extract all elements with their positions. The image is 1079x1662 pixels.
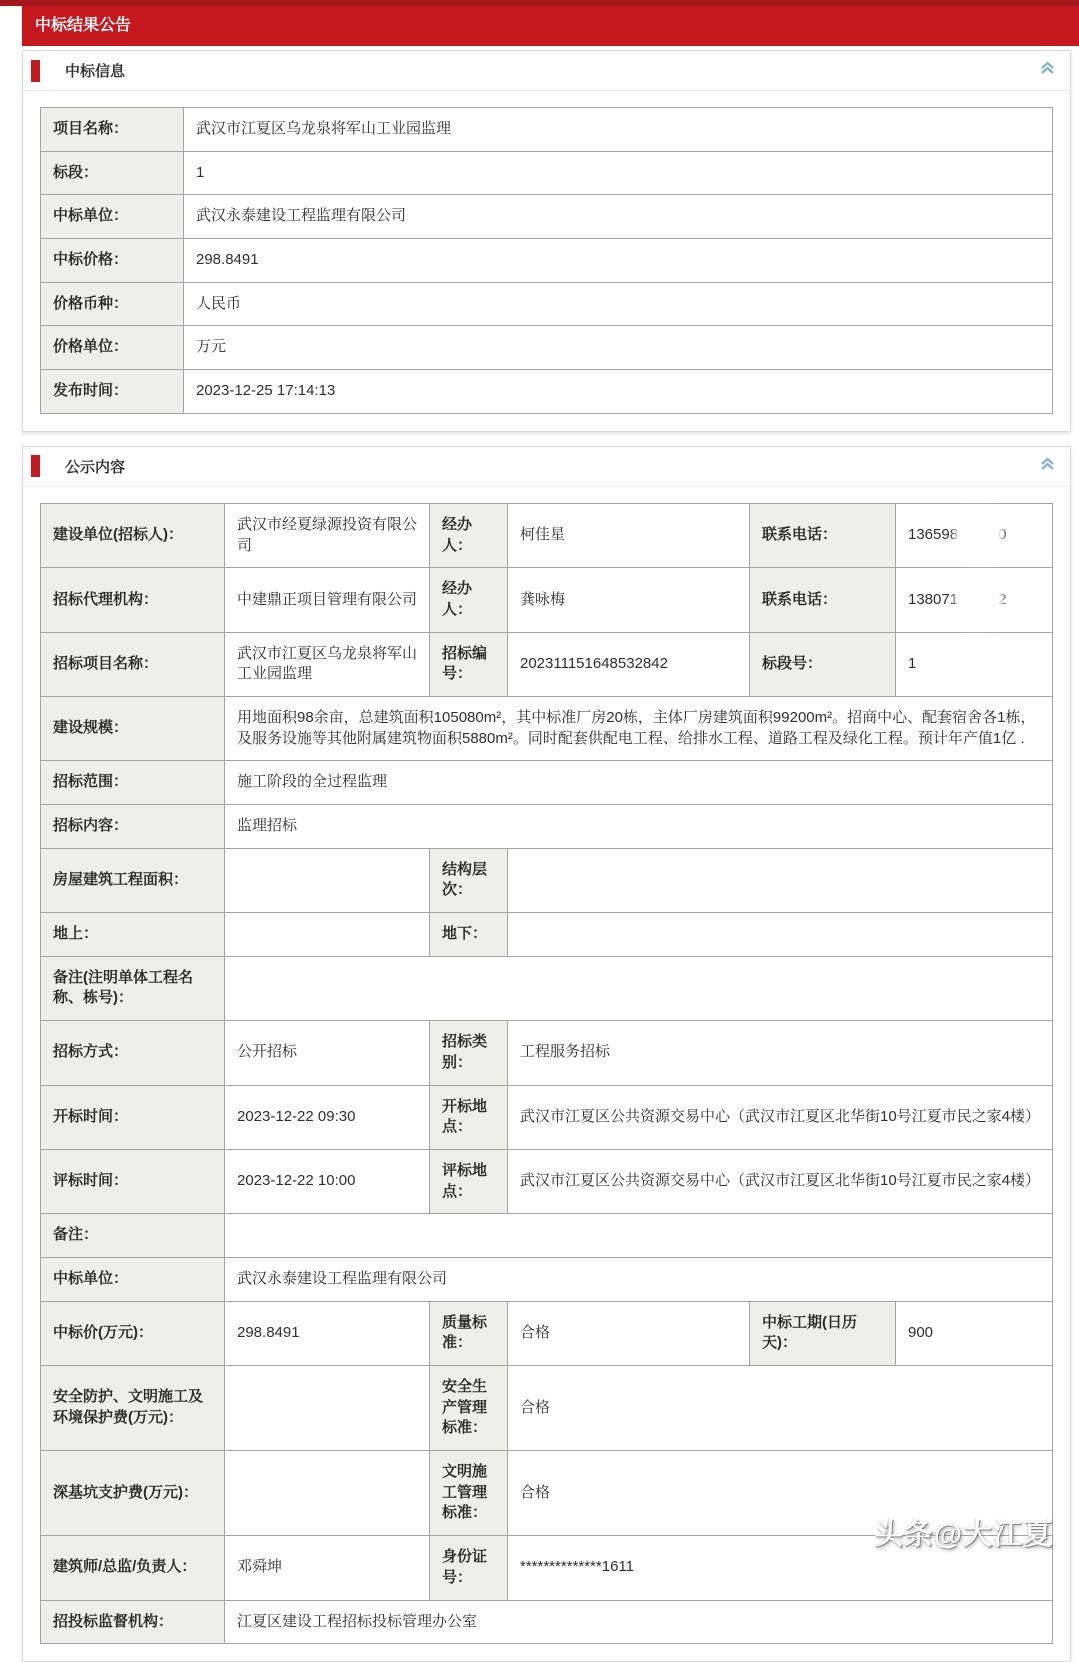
notice-content-table: 建设单位(招标人)： 武汉市经夏绿源投资有限公司 经办人： 柯佳星 联系电话： … [40,503,1053,1644]
row-value: 人民币 [184,282,1053,326]
row-value: 2023-12-22 09:30 [225,1085,430,1149]
collapse-button[interactable] [1039,60,1056,81]
row-label: 房屋建筑工程面积： [41,848,225,912]
row-value [225,956,1053,1020]
table-row: 评标时间： 2023-12-22 10:00 评标地点： 武汉市江夏区公共资源交… [41,1149,1053,1213]
row-value: 中建鼎正项目管理有限公司 [225,568,430,632]
watermark: 头条@大江夏 [874,1512,1053,1553]
section-winning-info-header: 中标信息 [23,51,1070,91]
row-label: 中标工期(日历天)： [750,1301,896,1365]
table-row: 招标方式： 公开招标 招标类别： 工程服务招标 [41,1021,1053,1085]
row-label: 中标单位： [41,195,184,239]
table-row: 安全防护、文明施工及环境保护费(万元)： 安全生产管理标准： 合格 [41,1366,1053,1451]
row-label: 招投标监督机构： [41,1600,225,1644]
row-label: 招标代理机构： [41,568,225,632]
row-value: 298.8491 [184,239,1053,283]
row-label: 招标方式： [41,1021,225,1085]
row-value-phone: 1380712 [896,568,1053,632]
row-label: 标段号： [750,632,896,696]
collapse-button[interactable] [1039,456,1056,477]
row-label: 地下： [430,913,508,957]
row-label: 开标时间： [41,1085,225,1149]
row-value [225,1214,1053,1258]
section-winning-info-body: 项目名称： 武汉市江夏区乌龙泉将军山工业园监理 标段： 1 中标单位： 武汉永泰… [23,91,1070,431]
row-value: 武汉市江夏区乌龙泉将军山工业园监理 [184,108,1053,152]
table-row: 价格单位： 万元 [41,326,1053,370]
table-row: 房屋建筑工程面积： 结构层次： [41,848,1053,912]
row-label: 建设规模： [41,696,225,760]
table-row: 发布时间： 2023-12-25 17:14:13 [41,370,1053,414]
row-label: 安全生产管理标准： [430,1366,508,1451]
row-value: 万元 [184,326,1053,370]
redaction-blur [961,514,997,556]
row-label: 标段： [41,151,184,195]
row-value: 武汉市江夏区公共资源交易中心（武汉市江夏区北华街10号江夏市民之家4楼） [508,1149,1053,1213]
row-label: 价格币种： [41,282,184,326]
chevron-double-up-icon [1039,60,1056,81]
table-row: 开标时间： 2023-12-22 09:30 开标地点： 武汉市江夏区公共资源交… [41,1085,1053,1149]
section-notice-content: 公示内容 建设单位(招标人)： 武汉市经夏绿源投资有限公司 经办人： 柯佳 [22,446,1071,1662]
row-value: 工程服务招标 [508,1021,1053,1085]
row-label: 经办人： [430,503,508,567]
section-title: 公示内容 [65,456,125,477]
row-label: 中标价格： [41,239,184,283]
row-label: 价格单位： [41,326,184,370]
row-value: 公开招标 [225,1021,430,1085]
row-value [225,848,430,912]
table-row: 地上： 地下： [41,913,1053,957]
row-label: 招标类别： [430,1021,508,1085]
row-value: 武汉永泰建设工程监理有限公司 [225,1257,1053,1301]
row-value [508,848,1053,912]
row-value: 202311151648532842 [508,632,750,696]
row-value: 武汉市江夏区公共资源交易中心（武汉市江夏区北华街10号江夏市民之家4楼） [508,1085,1053,1149]
section-winning-info: 中标信息 项目名称： 武汉市江夏区乌龙泉将军山工业园监理 标段： 1 [22,50,1071,432]
row-label: 地上： [41,913,225,957]
page-title-bar: 中标结果公告 [22,6,1079,46]
chevron-double-up-icon [1039,456,1056,477]
section-notice-content-header: 公示内容 [23,447,1070,487]
row-label: 经办人： [430,568,508,632]
row-label: 评标地点： [430,1149,508,1213]
phone-suffix: 0 [998,526,1006,543]
table-row: 招标项目名称： 武汉市江夏区乌龙泉将军山工业园监理 招标编号： 20231115… [41,632,1053,696]
row-value: 龚咏梅 [508,568,750,632]
row-value: 合格 [508,1301,750,1365]
row-value: 合格 [508,1366,1053,1451]
row-label: 评标时间： [41,1149,225,1213]
row-label: 安全防护、文明施工及环境保护费(万元)： [41,1366,225,1451]
row-value: 1 [184,151,1053,195]
row-label: 备注： [41,1214,225,1258]
phone-prefix: 138071 [908,591,958,608]
row-value [508,913,1053,957]
page-title: 中标结果公告 [35,17,131,34]
red-bar-marker [31,60,40,82]
table-row: 招标范围： 施工阶段的全过程监理 [41,761,1053,805]
table-row: 中标价格： 298.8491 [41,239,1053,283]
row-label: 联系电话： [750,503,896,567]
row-label: 联系电话： [750,568,896,632]
row-label: 备注(注明单体工程名称、栋号)： [41,956,225,1020]
row-value: 邓舜坤 [225,1536,430,1600]
row-label: 建设单位(招标人)： [41,503,225,567]
row-label: 招标内容： [41,805,225,849]
table-row: 中标价(万元)： 298.8491 质量标准： 合格 中标工期(日历天)： 90… [41,1301,1053,1365]
row-label: 结构层次： [430,848,508,912]
row-label: 开标地点： [430,1085,508,1149]
row-value: 武汉永泰建设工程监理有限公司 [184,195,1053,239]
table-row: 价格币种： 人民币 [41,282,1053,326]
phone-prefix: 136598 [908,526,958,543]
row-label: 深基坑支护费(万元)： [41,1451,225,1536]
row-label: 中标单位： [41,1257,225,1301]
table-row: 项目名称： 武汉市江夏区乌龙泉将军山工业园监理 [41,108,1053,152]
row-label: 质量标准： [430,1301,508,1365]
row-value: 武汉市江夏区乌龙泉将军山工业园监理 [225,632,430,696]
row-label: 招标范围： [41,761,225,805]
table-row: 招投标监督机构： 江夏区建设工程招标投标管理办公室 [41,1600,1053,1644]
row-value [225,1366,430,1451]
winning-info-table: 项目名称： 武汉市江夏区乌龙泉将军山工业园监理 标段： 1 中标单位： 武汉永泰… [40,107,1053,414]
row-label: 建筑师/总监/负责人： [41,1536,225,1600]
row-label: 项目名称： [41,108,184,152]
table-row: 招标代理机构： 中建鼎正项目管理有限公司 经办人： 龚咏梅 联系电话： 1380… [41,568,1053,632]
row-value: 1 [896,632,1053,696]
row-value-phone: 1365980 [896,503,1053,567]
row-value: 江夏区建设工程招标投标管理办公室 [225,1600,1053,1644]
row-label: 招标项目名称： [41,632,225,696]
redaction-blur [961,579,997,621]
red-bar-marker [31,455,40,477]
table-row: 中标单位： 武汉永泰建设工程监理有限公司 [41,195,1053,239]
phone-suffix: 2 [998,591,1006,608]
row-label: 中标价(万元)： [41,1301,225,1365]
row-value: 监理招标 [225,805,1053,849]
row-value: 用地面积98余亩，总建筑面积105080m²，其中标准厂房20栋，主体厂房建筑面… [225,696,1053,760]
table-row: 建设单位(招标人)： 武汉市经夏绿源投资有限公司 经办人： 柯佳星 联系电话： … [41,503,1053,567]
row-label: 文明施工管理标准： [430,1451,508,1536]
table-row: 备注： [41,1214,1053,1258]
table-row: 建设规模： 用地面积98余亩，总建筑面积105080m²，其中标准厂房20栋，主… [41,696,1053,760]
table-row: 标段： 1 [41,151,1053,195]
row-value: 900 [896,1301,1053,1365]
row-value [225,1451,430,1536]
row-value: 298.8491 [225,1301,430,1365]
row-label: 身份证号： [430,1536,508,1600]
table-row: 备注(注明单体工程名称、栋号)： [41,956,1053,1020]
row-value [225,913,430,957]
section-notice-content-body: 建设单位(招标人)： 武汉市经夏绿源投资有限公司 经办人： 柯佳星 联系电话： … [23,487,1070,1661]
row-value: 柯佳星 [508,503,750,567]
row-value: 2023-12-22 10:00 [225,1149,430,1213]
row-value: 武汉市经夏绿源投资有限公司 [225,503,430,567]
section-title: 中标信息 [65,60,125,81]
table-row: 招标内容： 监理招标 [41,805,1053,849]
table-row: 中标单位： 武汉永泰建设工程监理有限公司 [41,1257,1053,1301]
row-value: 施工阶段的全过程监理 [225,761,1053,805]
row-value: 2023-12-25 17:14:13 [184,370,1053,414]
row-label: 招标编号： [430,632,508,696]
row-label: 发布时间： [41,370,184,414]
